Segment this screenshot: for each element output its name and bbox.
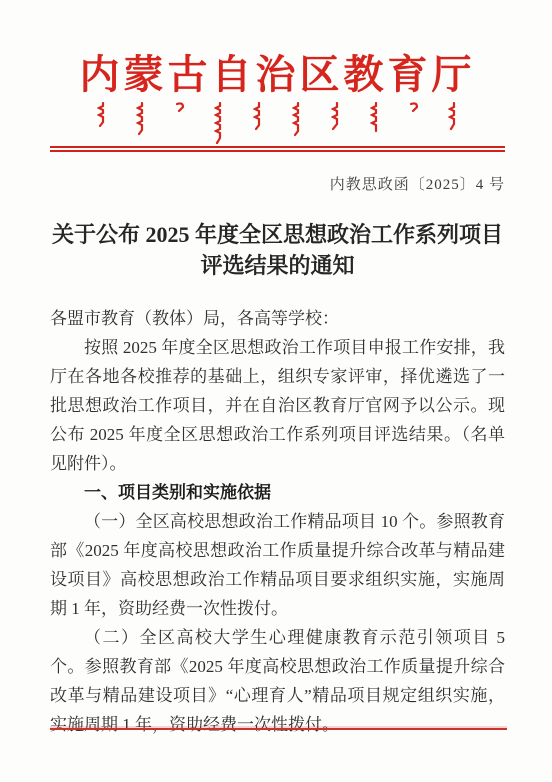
document-title-line2: 评选结果的通知 — [50, 250, 505, 281]
item-paragraph-1: （一）全区高校思想政治工作精品项目 10 个。参照教育部《2025 年度高校思想… — [50, 507, 505, 623]
document-title: 关于公布 2025 年度全区思想政治工作系列项目 评选结果的通知 — [50, 219, 505, 281]
agency-name: 内蒙古自治区教育厅 — [50, 52, 505, 98]
document-title-line1: 关于公布 2025 年度全区思想政治工作系列项目 — [50, 219, 505, 250]
letterhead: 内蒙古自治区教育厅 — [50, 52, 505, 152]
document-page: 内蒙古自治区教育厅 内教思政函〔2025〕4 号 关于公布 2025 年度全区思… — [0, 0, 552, 782]
intro-paragraph: 按照 2025 年度全区思想政治工作项目申报工作安排，我厅在各地各校推荐的基础上… — [50, 333, 505, 478]
mongolian-script-icon — [97, 102, 459, 144]
document-number: 内教思政函〔2025〕4 号 — [50, 173, 505, 194]
footer-divider — [50, 728, 507, 730]
letterhead-divider — [50, 146, 505, 152]
section-heading: 一、项目类别和实施依据 — [50, 478, 505, 507]
salutation: 各盟市教育（教体）局，各高等学校： — [50, 304, 505, 333]
item-paragraph-2: （二）全区高校大学生心理健康教育示范引领项目 5 个。参照教育部《2025 年度… — [50, 623, 505, 739]
document-body: 各盟市教育（教体）局，各高等学校： 按照 2025 年度全区思想政治工作项目申报… — [50, 304, 505, 739]
